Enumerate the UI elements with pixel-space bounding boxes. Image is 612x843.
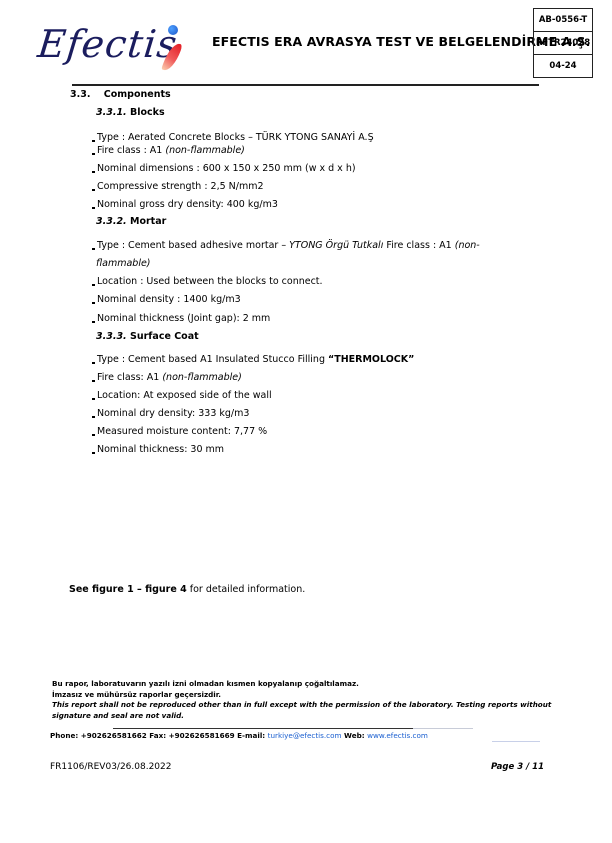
- report-date: 04-24: [534, 55, 592, 77]
- item-text: Nominal thickness (Joint gap): 2 mm: [97, 313, 270, 324]
- subsection-number: 3.3.2.: [96, 216, 127, 227]
- figure-ref-text: for detailed information.: [187, 584, 306, 595]
- bullet-icon: [92, 189, 95, 191]
- bullet-icon: [92, 171, 95, 173]
- item-text: Fire class : A1: [383, 240, 454, 251]
- bullet-icon: [92, 207, 95, 209]
- efectis-logo: Efectis: [38, 22, 183, 72]
- item-text: Type : Aerated Concrete Blocks – TÜRK YT…: [97, 132, 374, 143]
- bullet-icon: [92, 434, 95, 436]
- web-label: Web:: [342, 731, 368, 740]
- list-item: Nominal thickness (Joint gap): 2 mm: [92, 313, 270, 324]
- reference-box: AB-0556-T RFTR24028 04-24: [533, 8, 593, 78]
- product-name: “THERMOLOCK”: [328, 354, 414, 365]
- subsection-title: Mortar: [130, 216, 166, 227]
- list-item: Nominal density : 1400 kg/m3: [92, 294, 241, 305]
- bullet-icon: [92, 302, 95, 304]
- footer-divider-light: [413, 728, 473, 729]
- item-text: Nominal dry density: 333 kg/m3: [97, 408, 249, 419]
- email-link[interactable]: turkiye@efectis.com: [268, 731, 342, 740]
- figure-ref-dash: –: [134, 584, 145, 595]
- item-text: Measured moisture content: 7,77 %: [97, 426, 267, 437]
- form-code: FR1106/REV03/26.08.2022: [50, 762, 171, 772]
- item-text: Fire class : A1: [97, 145, 165, 156]
- section-number: 3.3.: [70, 89, 90, 100]
- product-name: YTONG Örgü Tutkalı: [289, 240, 383, 251]
- dot-icon: [168, 25, 178, 35]
- list-item: Nominal dimensions : 600 x 150 x 250 mm …: [92, 163, 356, 174]
- item-text: Type : Cement based adhesive mortar –: [97, 240, 289, 251]
- list-item: Type : Cement based A1 Insulated Stucco …: [92, 354, 414, 365]
- disclaimer-tr-line1: Bu rapor, laboratuvarın yazılı izni olma…: [52, 678, 359, 689]
- figure-ref-end: figure 4: [145, 584, 187, 595]
- accreditation-code: AB-0556-T: [534, 9, 592, 32]
- contact-line: Phone: +902626581662 Fax: +902626581669 …: [50, 731, 428, 740]
- item-note: (non-flammable): [162, 372, 242, 383]
- item-text: Type : Cement based A1 Insulated Stucco …: [97, 354, 328, 365]
- list-item: Type : Aerated Concrete Blocks – TÜRK YT…: [92, 132, 374, 143]
- figure-reference: See figure 1 – figure 4 for detailed inf…: [69, 584, 305, 595]
- bullet-icon: [92, 452, 95, 454]
- item-text: Compressive strength : 2,5 N/mm2: [97, 181, 264, 192]
- item-text: Nominal gross dry density: 400 kg/m3: [97, 199, 278, 210]
- list-item-continuation: flammable): [96, 258, 151, 269]
- footer-divider: [113, 728, 413, 729]
- item-text: Fire class: A1: [97, 372, 162, 383]
- item-text: Nominal thickness: 30 mm: [97, 444, 224, 455]
- website-link[interactable]: www.efectis.com: [367, 731, 428, 740]
- item-note: (non-: [455, 240, 480, 251]
- item-text: Location: At exposed side of the wall: [97, 390, 272, 401]
- bullet-icon: [92, 362, 95, 364]
- phone-fax-label: Phone: +902626581662 Fax: +902626581669 …: [50, 731, 268, 740]
- item-text: Location : Used between the blocks to co…: [97, 276, 323, 287]
- footer-disclaimer-en: This report shall not be reproduced othe…: [52, 699, 552, 721]
- subsection-title: Surface Coat: [130, 331, 199, 342]
- bullet-icon: [92, 248, 95, 250]
- bullet-icon: [92, 140, 95, 142]
- list-item: Location : Used between the blocks to co…: [92, 276, 323, 287]
- bullet-icon: [92, 284, 95, 286]
- bullet-icon: [92, 416, 95, 418]
- subsection-number: 3.3.1.: [96, 107, 127, 118]
- list-item: Nominal gross dry density: 400 kg/m3: [92, 199, 278, 210]
- subsection-title: Blocks: [130, 107, 165, 118]
- section-heading: 3.3. Components: [70, 89, 171, 100]
- list-item: Measured moisture content: 7,77 %: [92, 426, 267, 437]
- item-text: Nominal density : 1400 kg/m3: [97, 294, 241, 305]
- item-text: Nominal dimensions : 600 x 150 x 250 mm …: [97, 163, 356, 174]
- subsection-mortar-heading: 3.3.2. Mortar: [96, 216, 166, 227]
- footer-divider-short: [492, 741, 540, 742]
- bullet-icon: [92, 321, 95, 323]
- bullet-icon: [92, 153, 95, 155]
- list-item: Type : Cement based adhesive mortar – YT…: [92, 240, 480, 251]
- list-item: Compressive strength : 2,5 N/mm2: [92, 181, 264, 192]
- subsection-blocks-heading: 3.3.1. Blocks: [96, 107, 165, 118]
- list-item: Nominal thickness: 30 mm: [92, 444, 224, 455]
- logo-text: Efectis: [36, 22, 180, 66]
- list-item: Nominal dry density: 333 kg/m3: [92, 408, 249, 419]
- list-item: Location: At exposed side of the wall: [92, 390, 272, 401]
- subsection-number: 3.3.3.: [96, 331, 127, 342]
- header-divider: [72, 84, 539, 86]
- bullet-icon: [92, 398, 95, 400]
- bullet-icon: [92, 380, 95, 382]
- list-item: Fire class : A1 (non-flammable): [92, 145, 245, 156]
- page-number: Page 3 / 11: [491, 762, 544, 772]
- item-note: (non-flammable): [165, 145, 245, 156]
- figure-ref-start: See figure 1: [69, 584, 134, 595]
- footer-disclaimer-tr: Bu rapor, laboratuvarın yazılı izni olma…: [52, 678, 359, 700]
- section-title: Components: [104, 89, 171, 100]
- report-number: RFTR24028: [534, 32, 592, 55]
- subsection-surface-heading: 3.3.3. Surface Coat: [96, 331, 199, 342]
- list-item: Fire class: A1 (non-flammable): [92, 372, 242, 383]
